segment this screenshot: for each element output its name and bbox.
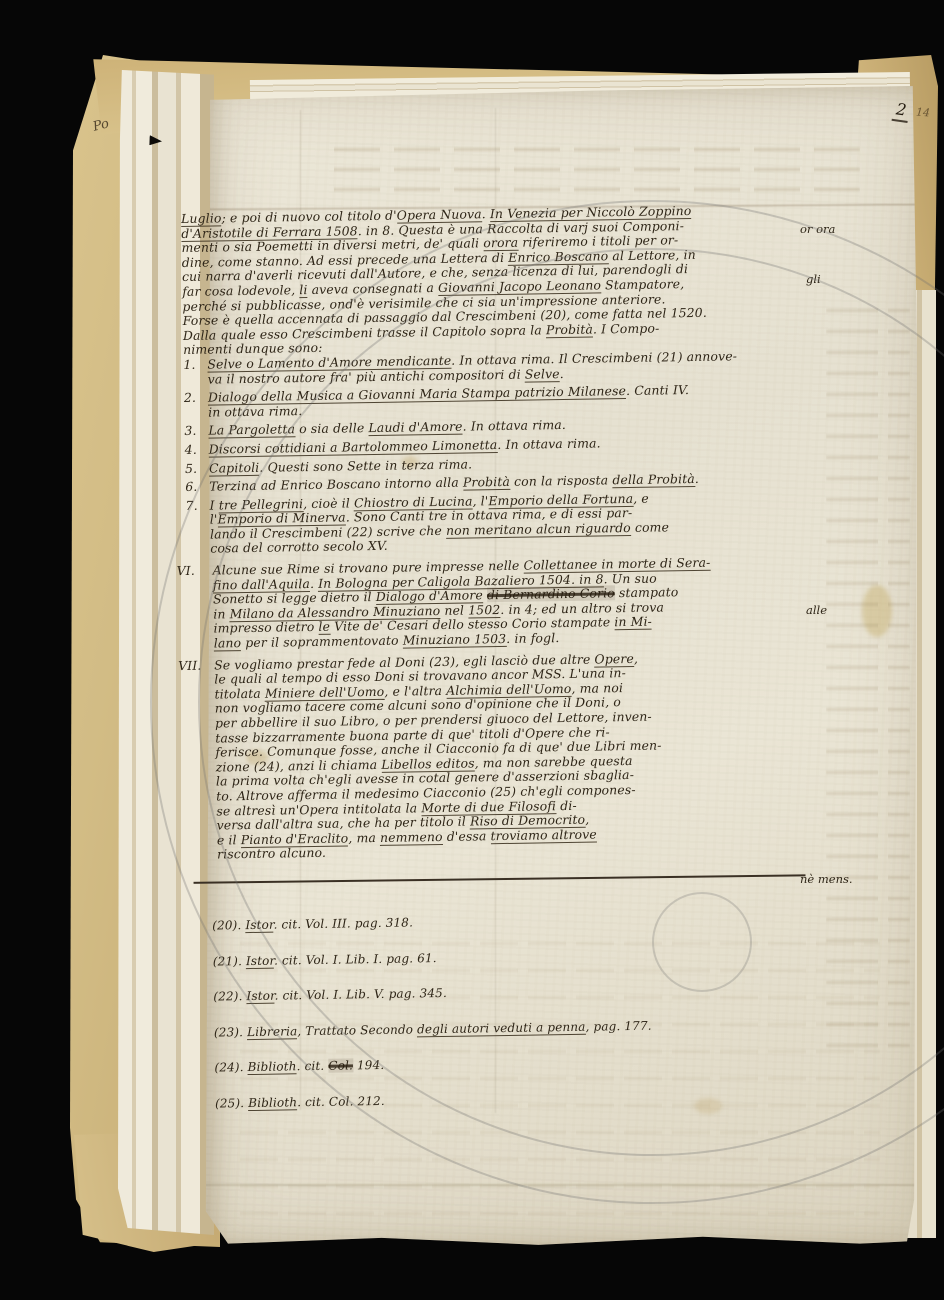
numbered-works-list: 1.Selve o Lamento d'Amore mendicante. In…	[183, 348, 814, 557]
item-lines: La Pargoletta o sia delle Laudi d'Amore.…	[208, 418, 566, 438]
footnote-line: (22). Istor. cit. Vol. I. Lib. V. pag. 3…	[213, 980, 821, 1004]
item-number: VII.	[178, 658, 217, 863]
item-lines: I tre Pellegrini, cioè il Chiostro di Lu…	[210, 491, 670, 557]
manuscript-line: La Pargoletta o sia delle Laudi d'Amore.…	[208, 418, 566, 438]
footnote-line: (20). Istor. cit. Vol. III. pag. 318.	[212, 909, 820, 933]
item-lines: Capitoli. Questi sono Sette in terza rim…	[209, 457, 472, 476]
margin-note: nè mens.	[800, 872, 853, 886]
manuscript-line: Discorsi cottidiani a Bartolommeo Limone…	[209, 436, 601, 457]
manuscript-line: Capitoli. Questi sono Sette in terza rim…	[209, 457, 472, 476]
roman-numeral-sections: VI.Alcune sue Rime si trovano pure impre…	[187, 554, 820, 863]
folio-number: 2	[892, 99, 911, 123]
paper-seam	[203, 1184, 917, 1186]
footnote-line: (23). Libreria, Trattato Secondo degli a…	[214, 1016, 822, 1040]
item-number: 7.	[186, 498, 211, 557]
margin-note: gli	[806, 272, 821, 286]
item-lines: Alcune sue Rime si trovano pure impresse…	[213, 556, 712, 651]
item-number: 6.	[185, 480, 209, 495]
item-number: 5.	[185, 461, 209, 476]
item-number: VI.	[177, 564, 214, 652]
item-number: 3.	[184, 424, 208, 439]
list-item: 2.Dialogo della Musica a Giovanni Maria …	[184, 381, 812, 420]
footnotes-block: (20). Istor. cit. Vol. III. pag. 318.(21…	[192, 909, 823, 1111]
item-lines: Selve o Lamento d'Amore mendicante. In o…	[207, 349, 737, 387]
item-number: 1.	[183, 358, 207, 388]
footnote-line: (21). Istor. cit. Vol. I. Lib. I. pag. 6…	[213, 945, 821, 969]
list-item: VI.Alcune sue Rime si trovano pure impre…	[177, 554, 816, 652]
margin-note: alle	[806, 603, 827, 617]
item-lines: Discorsi cottidiani a Bartolommeo Limone…	[209, 436, 601, 457]
item-number: 4.	[185, 443, 209, 458]
item-lines: Dialogo della Musica a Giovanni Maria St…	[208, 383, 690, 420]
intro-paragraph: Luglio; e poi di nuovo col titolo d'Oper…	[181, 202, 811, 358]
list-item: VII.Se vogliamo prestar fede al Doni (23…	[178, 649, 819, 863]
list-item: 7.I tre Pellegrini, cioè il Chiostro di …	[186, 489, 815, 557]
digitized-manuscript-photo: Po 2 14 Luglio; e poi di nuovo col titol…	[0, 0, 944, 1300]
margin-note: or ora	[800, 222, 835, 236]
footnote-separator-rule	[194, 874, 806, 883]
paper-stain	[862, 585, 892, 637]
manuscript-text-block: Luglio; e poi di nuovo col titolo d'Oper…	[181, 202, 823, 1132]
item-lines: Se vogliamo prestar fede al Doni (23), e…	[214, 651, 663, 862]
footnote-line: (25). Biblioth. cit. Col. 212.	[215, 1087, 823, 1111]
edge-page-number: 14	[916, 106, 931, 120]
item-number: 2.	[184, 391, 208, 421]
footnote-line: (24). Biblioth. cit. Col. 194.	[214, 1051, 822, 1075]
